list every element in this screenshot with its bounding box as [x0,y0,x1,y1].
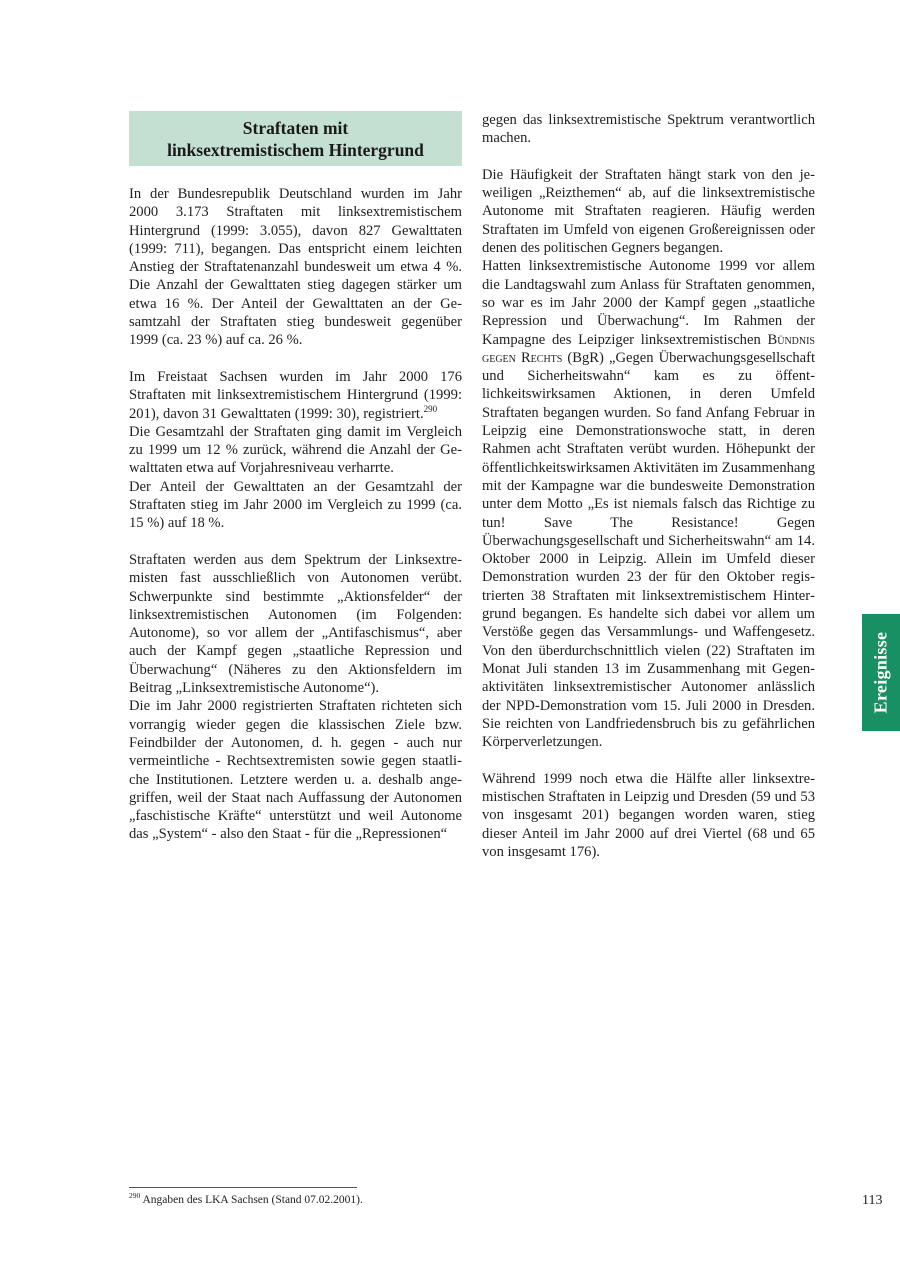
paragraph-violence-share: Der Anteil der Gewalttaten an der Gesamt… [129,478,462,533]
paragraph-federal-statistics: In der Bundesrepublik Deutschland wurden… [129,185,462,350]
chapter-tab-label: Ereignisse [871,632,892,714]
paragraph-saxony-statistics: Im Freistaat Sachsen wurden im Jahr 2000… [129,368,462,423]
campaign-text-start: Hatten linksextremistische Autonome 1999… [482,258,815,347]
page-number: 113 [862,1193,882,1209]
campaign-text-end: (BgR) „Gegen Überwachungs­gesellschaft u… [482,350,815,750]
footnote-text: Angaben des LKA Sachsen (Stand 07.02.200… [140,1194,363,1206]
chapter-tab-ereignisse[interactable]: Ereignisse [862,614,900,731]
footnote-divider [129,1187,357,1188]
left-column: Straftaten mit linksextremistischem Hint… [129,111,462,844]
paragraph-continuation: gegen das linksextremistische Spektrum v… [482,111,815,148]
footnote: 290 Angaben des LKA Sachsen (Stand 07.02… [129,1193,363,1207]
paragraph-leipzig-dresden: Während 1999 noch etwa die Hälfte aller … [482,770,815,861]
paragraph-autonome-actions: Straftaten werden aus dem Spektrum der L… [129,551,462,697]
paragraph-saxony-text: Im Freistaat Sachsen wurden im Jahr 2000… [129,369,462,422]
section-heading-line-1: Straftaten mit [133,117,458,139]
paragraph-campaign: Hatten linksextremistische Autonome 1999… [482,257,815,751]
section-heading: Straftaten mit linksextremistischem Hint… [129,111,462,166]
right-column: gegen das linksextremistische Spektrum v… [482,111,815,861]
footnote-number: 290 [129,1191,140,1200]
paragraph-saxony-decline: Die Gesamtzahl der Straftaten ging damit… [129,423,462,478]
paragraph-targets: Die im Jahr 2000 registrierten Straftate… [129,697,462,843]
section-heading-line-2: linksextremistischem Hintergrund [133,139,458,161]
paragraph-trigger-topics: Die Häufigkeit der Straftaten hängt star… [482,166,815,257]
footnote-reference[interactable]: 290 [424,404,438,414]
